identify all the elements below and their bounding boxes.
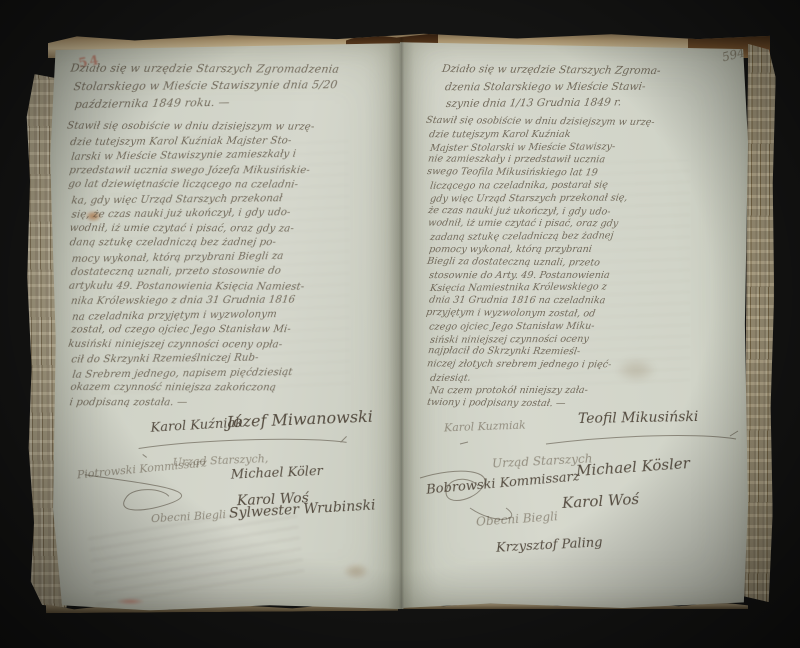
book-page-stack-right [744, 44, 776, 602]
handwritten-line: zadaną sztukę czeladniczą bez żadnej [429, 230, 655, 245]
handwritten-line: przedstawił ucznia swego Józefa Mikusińs… [68, 164, 315, 179]
handwritten-line: wodnił, iż umie czytać i pisać, oraz gdy… [68, 221, 316, 236]
handwritten-line: daną sztukę czeladniczą bez żadnej po- [68, 236, 316, 251]
handwritten-line: dzie tutejszym Karol Kuźniak [428, 129, 655, 142]
signature-party: Karol Kuzmiak [444, 419, 526, 435]
foxing-stain [343, 563, 369, 579]
handwritten-line: dnia 31 Grudnia 1816 na czeladnika [428, 295, 655, 309]
handwritten-line: Biegli za dostateczną uznali, przeto [426, 256, 656, 271]
handwritten-line: czego ojciec Jego Stanisław Miku- [428, 320, 655, 334]
right-page: 594 Działo się w urzędzie Starszych Zgro… [400, 40, 748, 608]
right-page-body: Stawił się osobiście w dniu dzisiejszym … [426, 116, 654, 410]
handwritten-line: dzenia Stolarskiego w Mieście Stawi- [444, 78, 662, 95]
photo-background: 54 Działo się w urzędzie Starszych Zgrom… [0, 0, 800, 648]
handwritten-line: dostateczną uznali, przeto stosownie do [70, 264, 316, 280]
experts-label: Obecni Biegli [151, 508, 227, 525]
handwritten-line: października 1849 roku. — [74, 92, 341, 113]
handwritten-line: go lat dziewiętnaście liczącego na czela… [67, 178, 315, 193]
handwritten-line: Na czem protokół niniejszy zała- [429, 384, 655, 397]
handwritten-line: i podpisaną została. — [68, 396, 316, 411]
left-page-heading: Działo się w urzędzie Starszych Zgromadz… [71, 59, 340, 111]
handwritten-line: został, od czego ojciec Jego Stanisław M… [70, 323, 316, 338]
signature-expert: Krzysztof Paling [496, 535, 603, 556]
experts-label: Obecni Biegli [476, 509, 559, 529]
signature-elder: Michael Köler [231, 464, 324, 483]
handwritten-line: gdy więc Urząd Starszych przekonał się, [429, 192, 655, 206]
handwritten-line: dziesiąt. [429, 371, 656, 386]
signature-journeyman: Teofil Mikusiński [578, 409, 699, 427]
red-ink-mark [117, 598, 143, 604]
handwritten-line: artykułu 49. Postanowienia Księcia Namie… [67, 279, 316, 295]
handwritten-line: okazem czynność niniejsza zakończoną [69, 381, 316, 396]
handwritten-line: przyjętym i wyzwolonym został, od [425, 307, 655, 322]
handwritten-line: Działo się w urzędzie Starszych Zgromadz… [69, 60, 340, 78]
signature-commissioner: Piotrowski Kommissarz [76, 456, 207, 481]
handwritten-line: Działo się w urzędzie Starszych Zgroma- [441, 61, 662, 80]
handwritten-line: liczącego na czeladnika, postarał się [429, 179, 656, 193]
handwritten-line: twiony i podpisany został. — [426, 396, 655, 411]
handwritten-line: larski w Mieście Stawiszynie zamieszkały… [70, 147, 315, 165]
right-page-heading: Działo się w urzędzie Starszych Zgroma-d… [442, 62, 661, 112]
handwritten-line: Stawił się osobiście w dniu dzisiejszym … [66, 120, 315, 136]
book-gutter-crease [388, 38, 414, 610]
handwritten-line: się, że czas nauki już ukończył, i gdy u… [70, 206, 315, 223]
signature-elder: Karol Woś [562, 490, 640, 512]
signature-elder: Michael Kösler [576, 454, 691, 480]
handwritten-line: Stawił się osobiście w dniu dzisiejszym … [425, 115, 655, 130]
signature-commissioner: Bobrowski Kommissarz [426, 469, 581, 497]
left-page-body: Stawił się osobiście w dniu dzisiejszym … [67, 120, 316, 411]
handwritten-line: pomocy wykonał, którą przybrani [429, 244, 656, 257]
handwritten-line: szynie dnia 1/13 Grudnia 1849 r. [445, 94, 662, 112]
left-page: 54 Działo się w urzędzie Starszych Zgrom… [49, 43, 404, 611]
